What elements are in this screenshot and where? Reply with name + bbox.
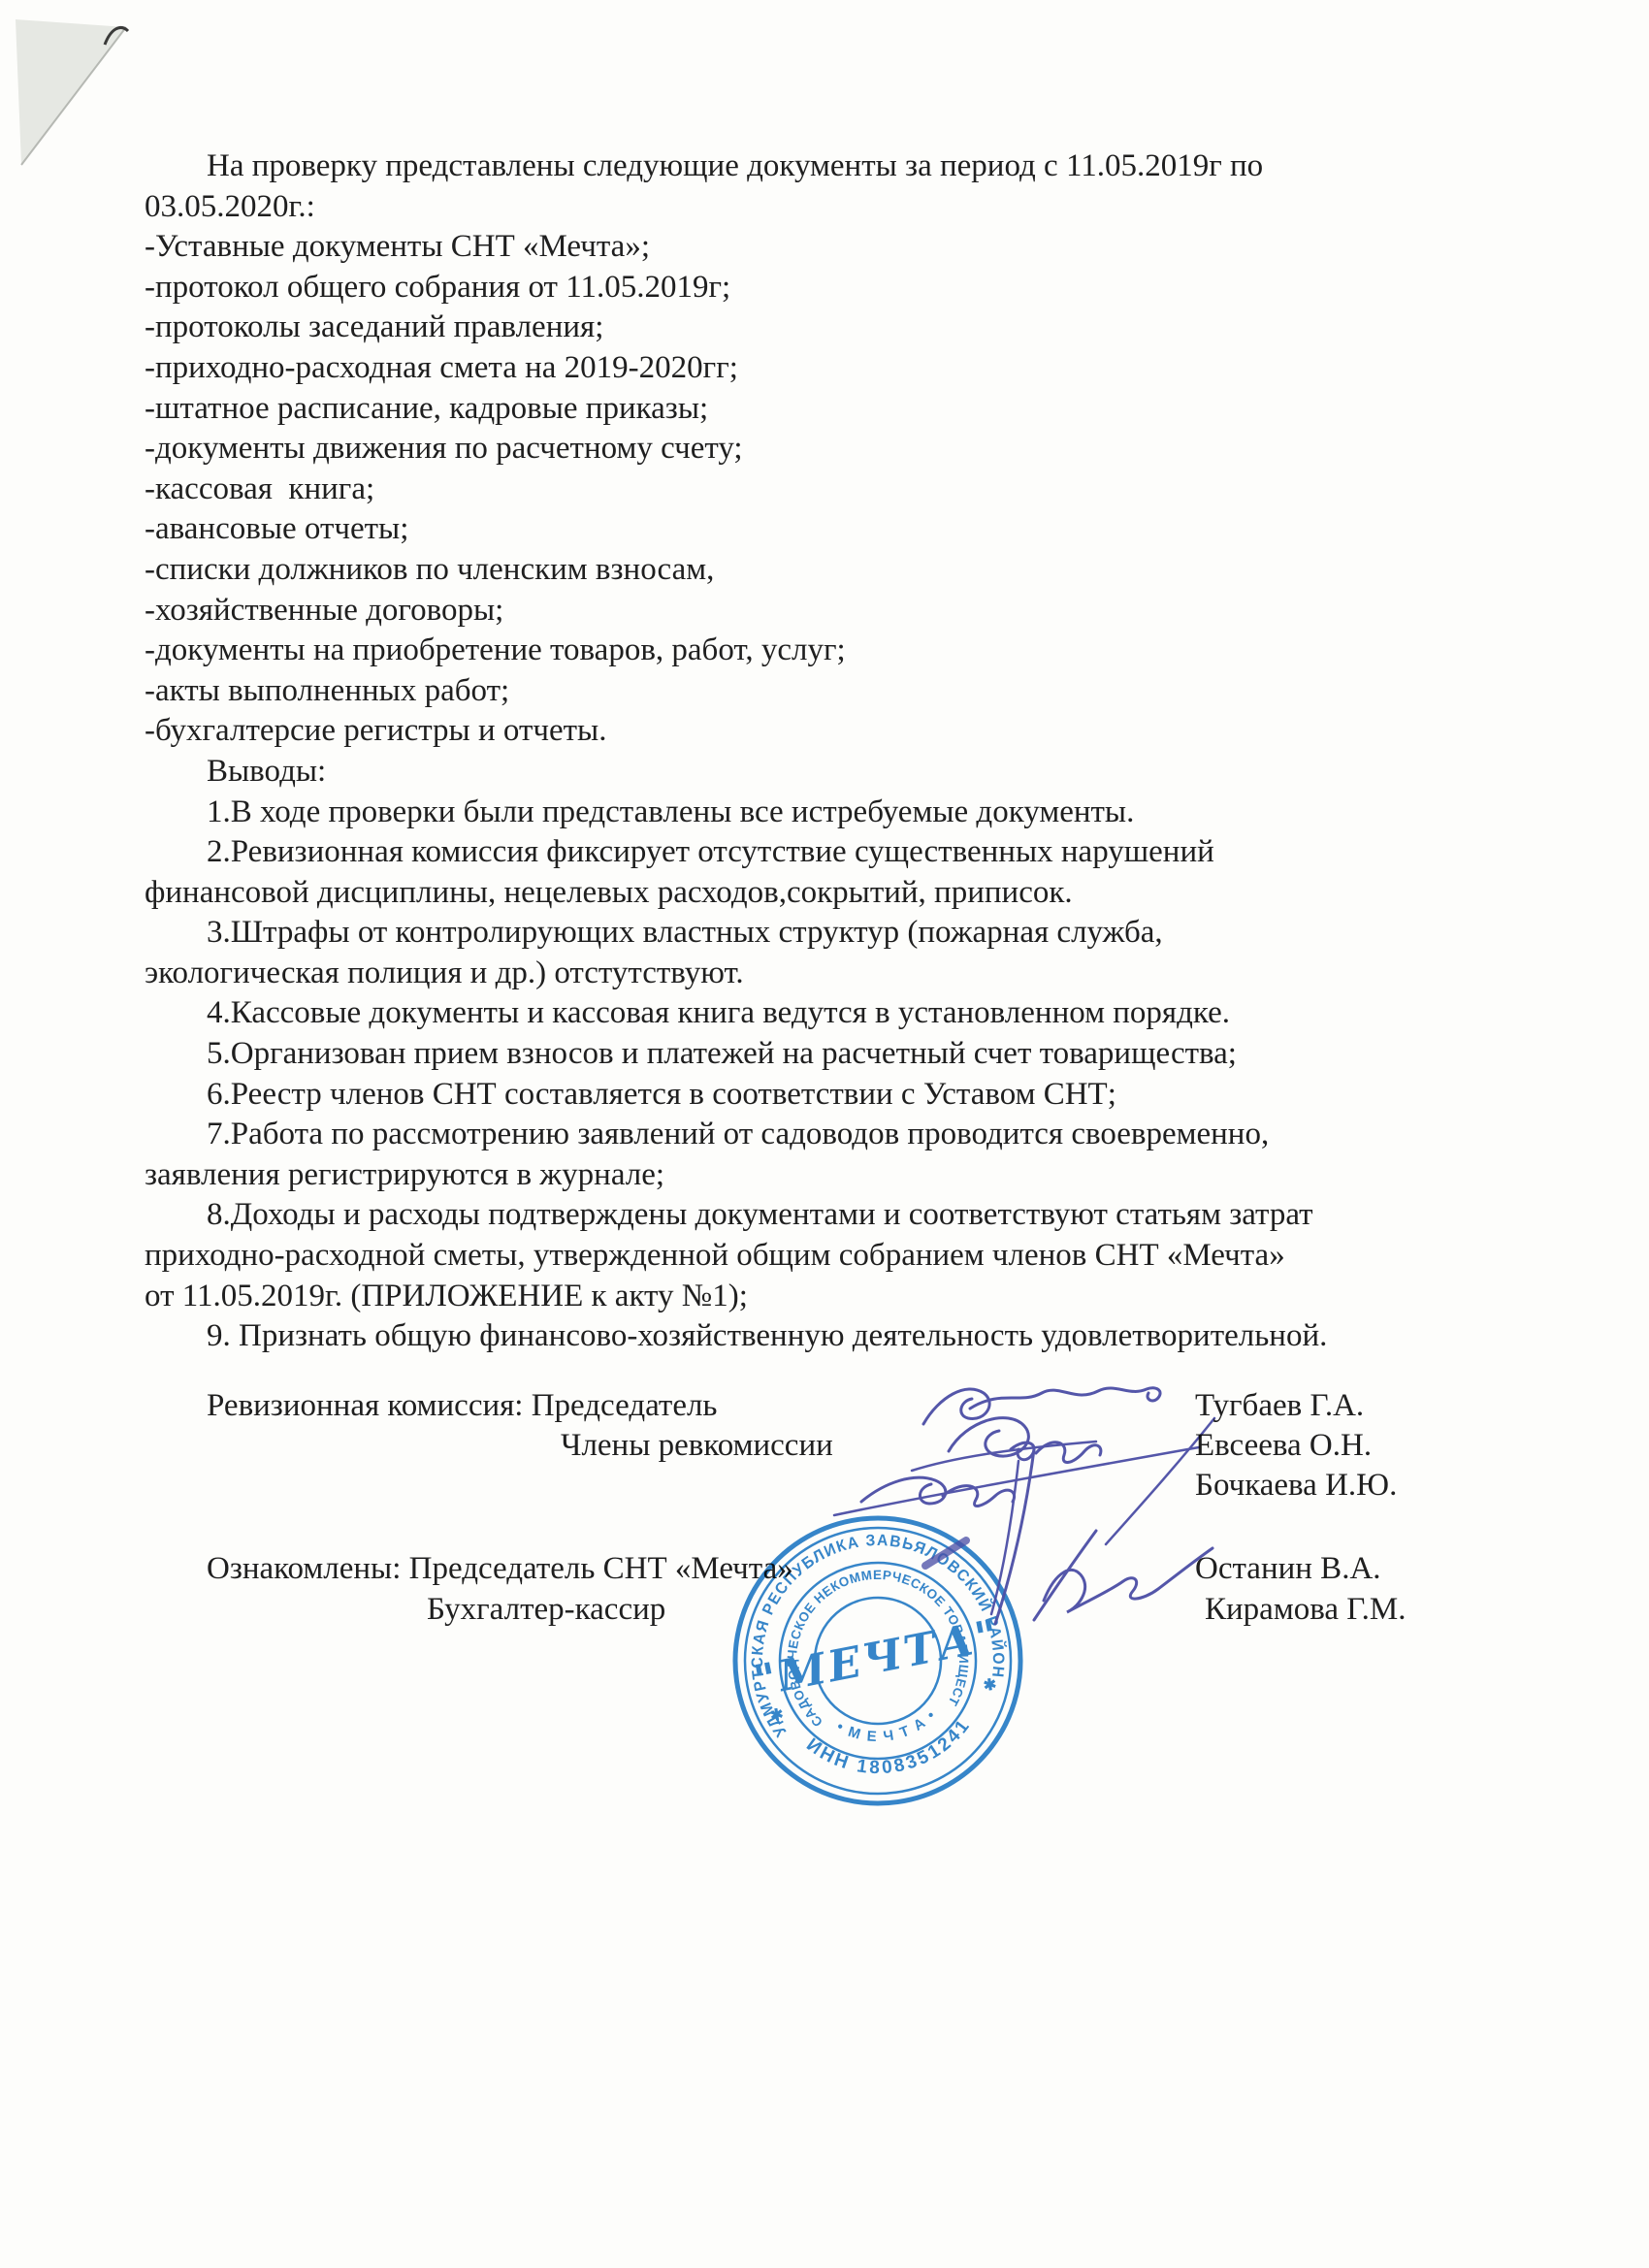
conclusions-title: Выводы: bbox=[145, 752, 1327, 793]
conclusion-line: экологическая полиция и др.) отстутствую… bbox=[145, 954, 1327, 994]
conclusion-line: 7.Работа по рассмотрению заявлений от са… bbox=[145, 1115, 1327, 1155]
intro-line: На проверку представлены следующие докум… bbox=[145, 146, 1327, 187]
stamp-star-right: ✱ bbox=[983, 1676, 998, 1695]
organization-stamp-icon: УДМУРТСКАЯ РЕСПУБЛИКА ЗАВЬЯЛОВСКИЙ РАЙОН… bbox=[717, 1500, 1039, 1822]
chairman-name: Тугбаев Г.А. bbox=[1195, 1386, 1364, 1426]
snt-chairman-name: Останин В.А. bbox=[1195, 1549, 1381, 1589]
document-list-item: -штатное расписание, кадровые приказы; bbox=[145, 389, 1327, 430]
signature-member1 bbox=[912, 1418, 1101, 1471]
conclusion-line: 8.Доходы и расходы подтверждены документ… bbox=[145, 1195, 1327, 1236]
stamp-inner-ring-top-text: САДОВОДЧЕСКОЕ НЕКОММЕРЧЕСКОЕ ТОВАРИЩЕСТВ… bbox=[772, 1555, 978, 1733]
conclusion-line: 6.Реестр членов СНТ составляется в соотв… bbox=[145, 1075, 1327, 1116]
signature-chairman bbox=[923, 1388, 1160, 1424]
conclusion-line: заявления регистрируются в журнале; bbox=[145, 1155, 1327, 1196]
handwritten-signatures bbox=[834, 1388, 1214, 1624]
accountant-label: Бухгалтер-кассир bbox=[427, 1590, 665, 1630]
stamp-star-left: ✱ bbox=[769, 1706, 785, 1725]
conclusion-line: 9. Признать общую финансово-хозяйственну… bbox=[145, 1316, 1327, 1357]
conclusion-line: 5.Организован прием взносов и платежей н… bbox=[145, 1034, 1327, 1075]
page-fold-corner bbox=[16, 19, 128, 165]
conclusion-line: от 11.05.2019г. (ПРИЛОЖЕНИЕ к акту №1); bbox=[145, 1277, 1327, 1317]
member1-name: Евсеева О.Н. bbox=[1195, 1426, 1372, 1466]
document-list-item: -хозяйственные договоры; bbox=[145, 591, 1327, 632]
conclusion-line: 3.Штрафы от контролирующих властных стру… bbox=[145, 913, 1327, 954]
document-list-item: -акты выполненных работ; bbox=[145, 671, 1327, 712]
commission-label: Ревизионная комиссия: Председатель bbox=[207, 1386, 718, 1426]
accountant-name: Кирамова Г.М. bbox=[1205, 1590, 1406, 1630]
document-body: На проверку представлены следующие докум… bbox=[145, 146, 1327, 1357]
scanned-document-page: На проверку представлены следующие докум… bbox=[0, 0, 1649, 2268]
document-list-item: -кассовая книга; bbox=[145, 470, 1327, 510]
intro-line: 03.05.2020г.: bbox=[145, 187, 1327, 228]
acknowledged-label: Ознакомлены: Председатель СНТ «Мечта» bbox=[207, 1549, 793, 1589]
document-list-item: -бухгалтерсие регистры и отчеты. bbox=[145, 711, 1327, 752]
document-list-item: -протокол общего собрания от 11.05.2019г… bbox=[145, 268, 1327, 308]
document-list-item: -протоколы заседаний правления; bbox=[145, 308, 1327, 348]
document-list-item: -документы движения по расчетному счету; bbox=[145, 429, 1327, 470]
conclusion-line: 1.В ходе проверки были представлены все … bbox=[145, 793, 1327, 833]
stamp-center-name: "МЕЧТА" bbox=[750, 1610, 1005, 1706]
document-list-item: -Уставные документы СНТ «Мечта»; bbox=[145, 227, 1327, 268]
stamp-inn-text: ИНН 1808351241 bbox=[800, 1712, 981, 1789]
conclusion-line: приходно-расходной сметы, утвержденной о… bbox=[145, 1236, 1327, 1277]
conclusion-line: 4.Кассовые документы и кассовая книга ве… bbox=[145, 993, 1327, 1034]
signature-acknowledged bbox=[1034, 1531, 1212, 1620]
member2-name: Бочкаева И.Ю. bbox=[1195, 1466, 1397, 1506]
fold-crease-mark bbox=[105, 27, 128, 45]
signature-member2 bbox=[834, 1418, 1214, 1624]
document-list-item: -приходно-расходная смета на 2019-2020гг… bbox=[145, 348, 1327, 389]
stamp-inner-ring-bottom-text: • М Е Ч Т А • bbox=[832, 1704, 943, 1752]
document-list-item: -списки должников по членским взносам, bbox=[145, 550, 1327, 591]
document-list-item: -авансовые отчеты; bbox=[145, 509, 1327, 550]
document-list-item: -документы на приобретение товаров, рабо… bbox=[145, 631, 1327, 671]
conclusion-line: финансовой дисциплины, нецелевых расходо… bbox=[145, 873, 1327, 914]
members-label: Члены ревкомиссии bbox=[561, 1426, 833, 1466]
conclusion-line: 2.Ревизионная комиссия фиксирует отсутст… bbox=[145, 832, 1327, 873]
